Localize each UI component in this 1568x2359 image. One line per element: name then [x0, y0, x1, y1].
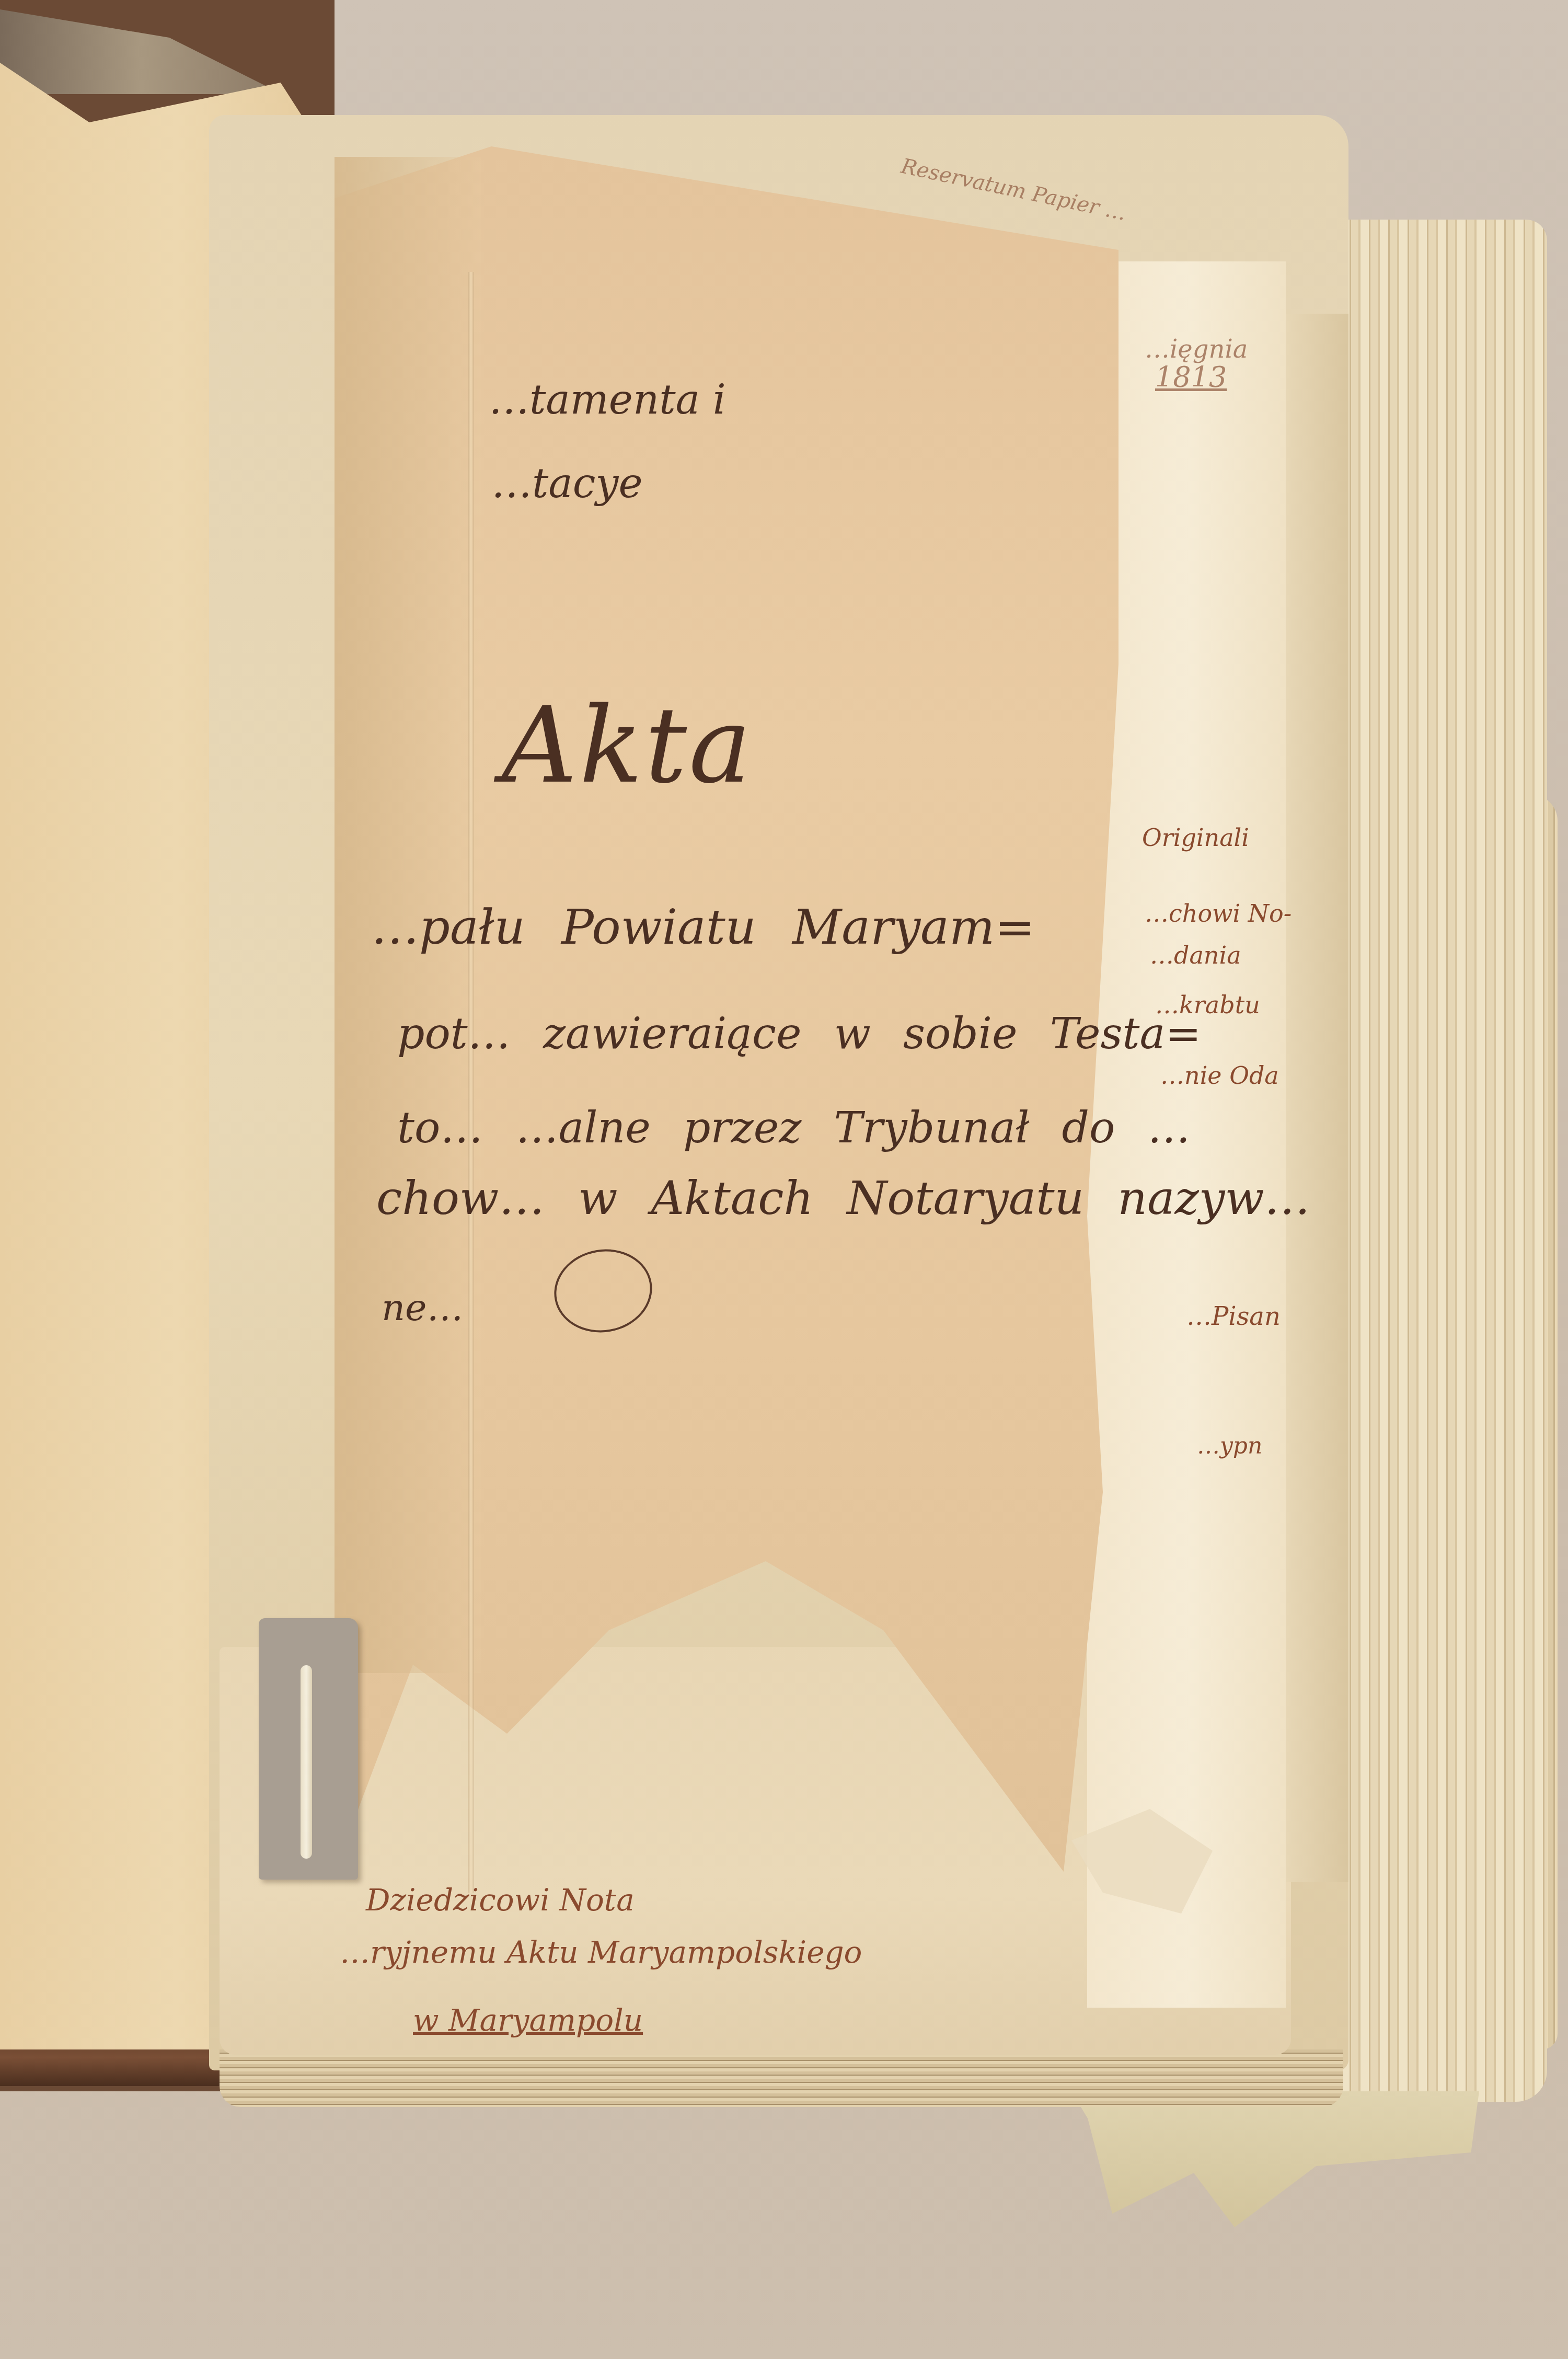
heading-fragment-2: …tacye [491, 460, 643, 507]
cord-loop [301, 1665, 312, 1859]
side-fragment: …Pisan [1186, 1302, 1281, 1331]
title-akta: Akta [502, 685, 753, 807]
page-edges-bottom [220, 2049, 1343, 2107]
side-fragment: …dania [1150, 941, 1241, 969]
address-line: …ryjnemu Aktu Maryampolskiego [340, 1934, 862, 1970]
folder-text-line: …pału Powiatu Maryam= [371, 899, 1035, 955]
folder-text-line: pot… zawieraiące w sobie Testa= [397, 1009, 1201, 1059]
folder-text-line: chow… w Aktach Notaryatu nazyw… [376, 1171, 1310, 1225]
side-fragment: …ypn [1197, 1433, 1262, 1459]
fold-crease [468, 272, 474, 1893]
inner-document-edge [1286, 314, 1348, 1882]
folder-text-line: to… …alne przez Trybunał do … [397, 1103, 1190, 1153]
date-year: 1813 [1155, 361, 1227, 394]
date-label: …ięgnia [1145, 335, 1248, 364]
side-fragment: …nie Oda [1160, 1061, 1279, 1090]
address-line: w Maryampolu [413, 2002, 643, 2038]
heading-fragment-1: …tamenta i [489, 376, 726, 423]
folder-text-line: ne… [382, 1286, 464, 1329]
side-fragment: Originali [1142, 823, 1249, 852]
side-fragment: …chowi No- [1145, 899, 1292, 927]
address-line: Dziedzicowi Nota [366, 1882, 635, 1918]
felt-bookmark-tab [259, 1618, 358, 1880]
